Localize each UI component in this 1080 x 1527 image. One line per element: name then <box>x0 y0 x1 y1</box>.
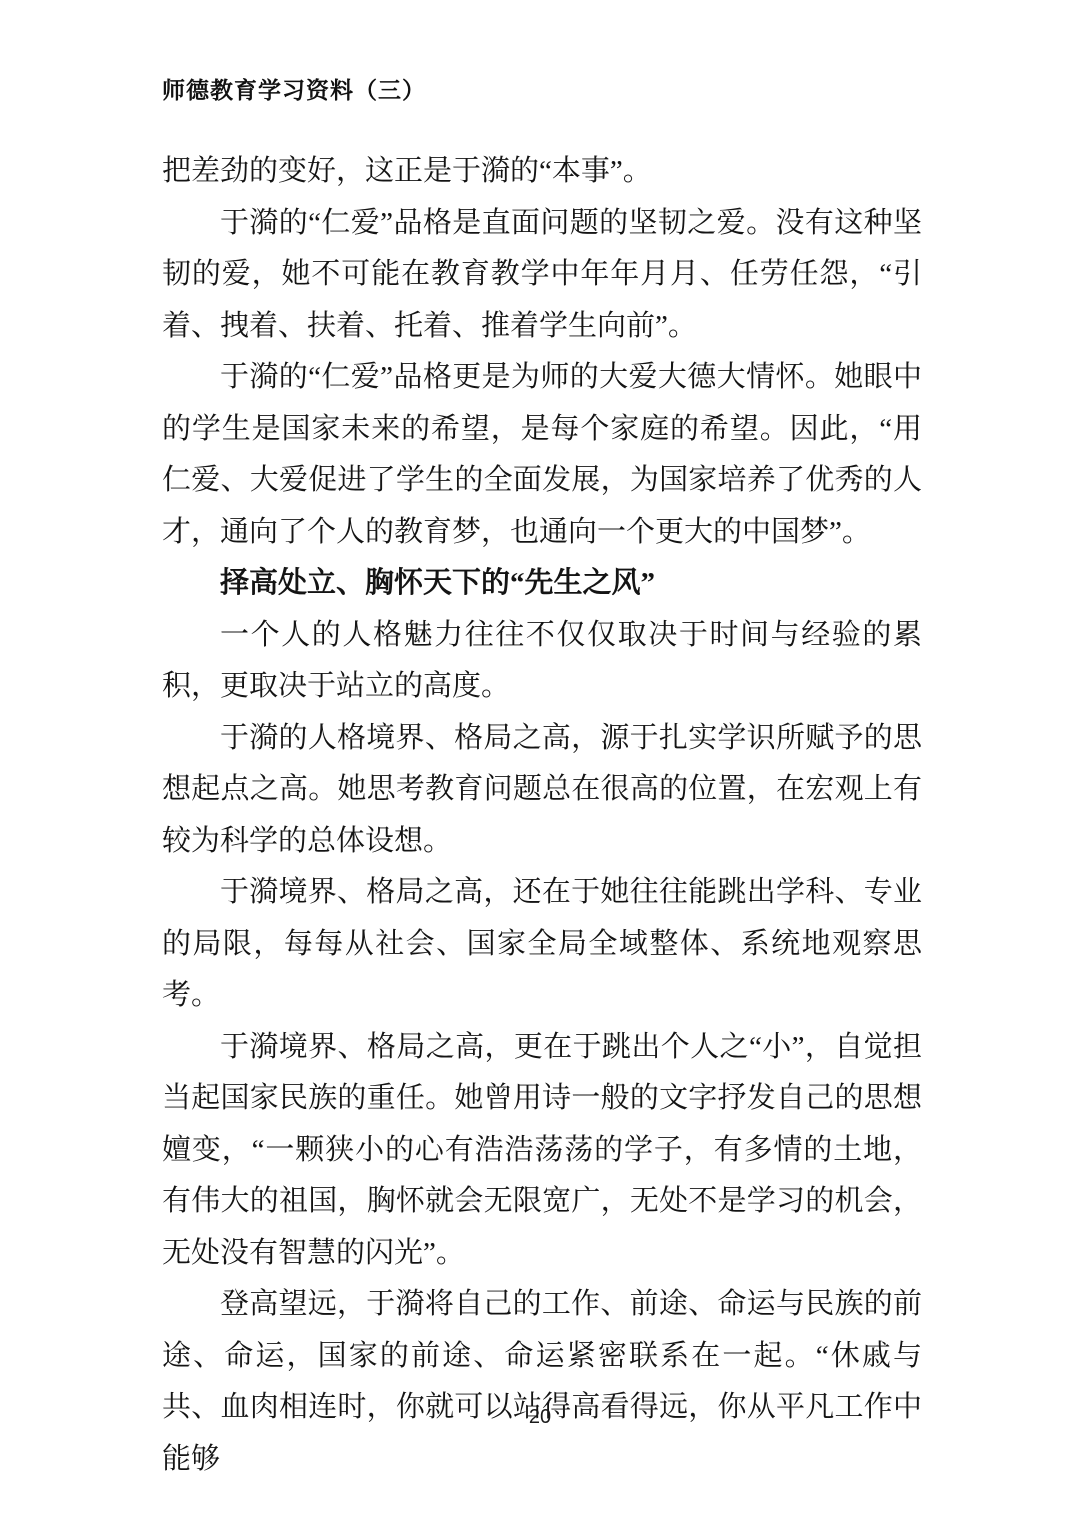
paragraph: 于漪境界、格局之高，更在于跳出个人之“小”，自觉担当起国家民族的重任。她曾用诗一… <box>162 1022 922 1280</box>
paragraph-continuation: 把差劲的变好，这正是于漪的“本事”。 <box>162 146 922 198</box>
paragraph: 于漪的人格境界、格局之高，源于扎实学识所赋予的思想起点之高。她思考教育问题总在很… <box>162 713 922 868</box>
paragraph: 一个人的人格魅力往往不仅仅取决于时间与经验的累积，更取决于站立的高度。 <box>162 610 922 713</box>
paragraph: 于漪境界、格局之高，还在于她往往能跳出学科、专业的局限，每每从社会、国家全局全域… <box>162 867 922 1022</box>
document-header-title: 师德教育学习资料（三） <box>162 72 426 105</box>
paragraph: 于漪的“仁爱”品格是直面问题的坚韧之爱。没有这种坚韧的爱，她不可能在教育教学中年… <box>162 198 922 353</box>
paragraph: 于漪的“仁爱”品格更是为师的大爱大德大情怀。她眼中的学生是国家未来的希望，是每个… <box>162 352 922 558</box>
section-heading: 择高处立、胸怀天下的“先生之风” <box>162 558 922 610</box>
page-number: 20 <box>0 1406 1080 1429</box>
paragraph: 登高望远，于漪将自己的工作、前途、命运与民族的前途、命运，国家的前途、命运紧密联… <box>162 1279 922 1485</box>
document-body: 把差劲的变好，这正是于漪的“本事”。 于漪的“仁爱”品格是直面问题的坚韧之爱。没… <box>162 146 922 1485</box>
document-page: 师德教育学习资料（三） 把差劲的变好，这正是于漪的“本事”。 于漪的“仁爱”品格… <box>0 0 1080 1527</box>
